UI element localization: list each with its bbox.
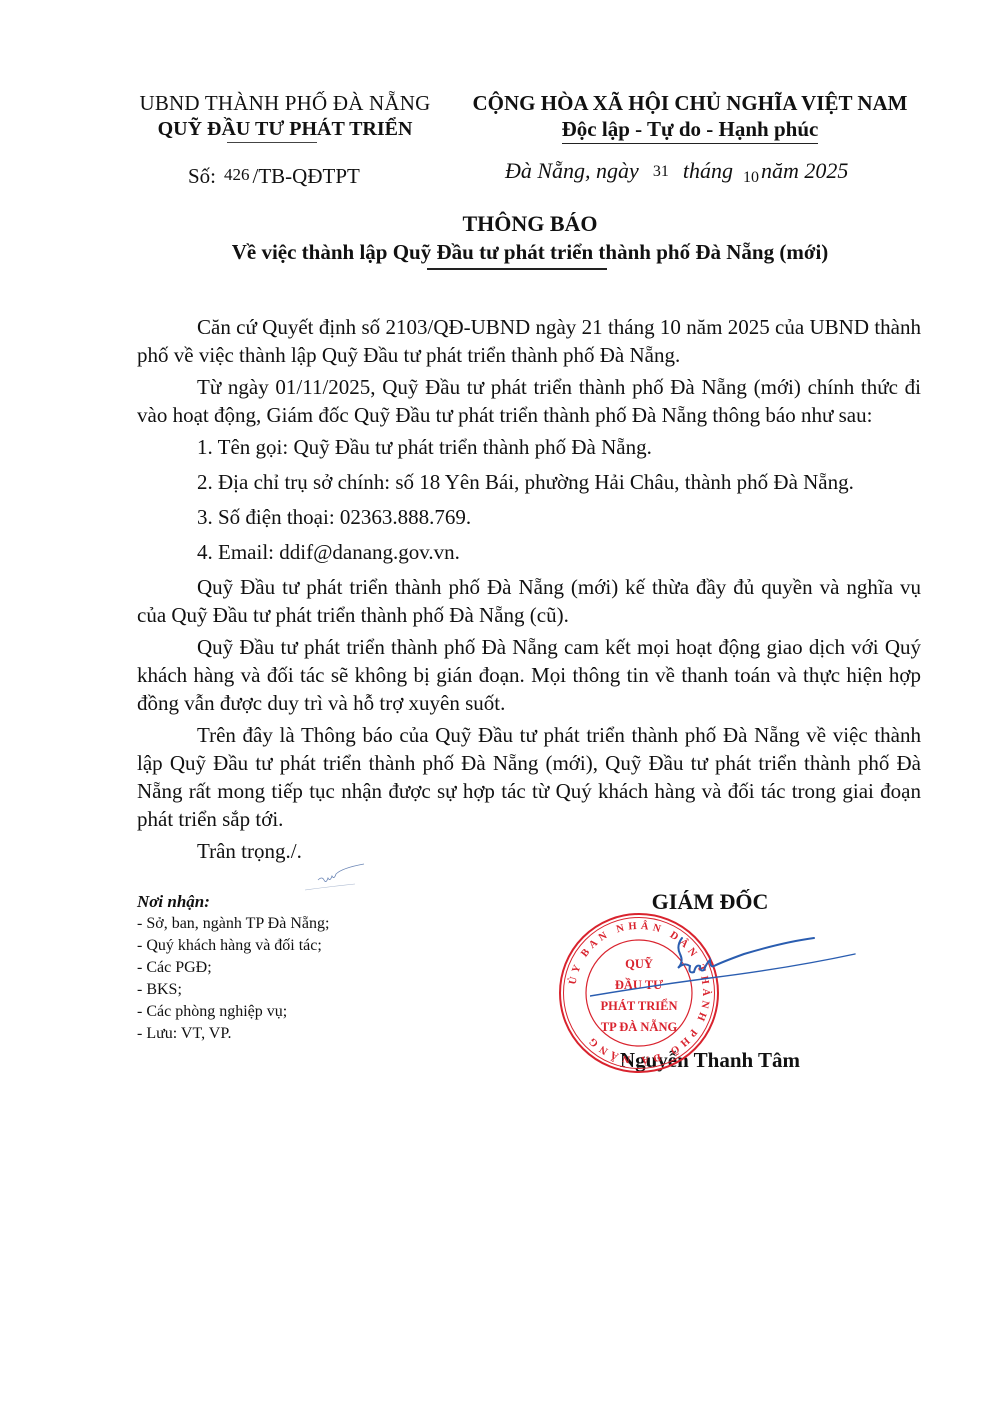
date-line: Đà Nẵng, ngày31tháng10năm 2025: [505, 158, 848, 184]
handwritten-signature-icon: [590, 930, 860, 1030]
date-month: 10: [743, 169, 759, 186]
stamp-line: PHÁT TRIỂN: [601, 998, 678, 1013]
paragraph-succession: Quỹ Đầu tư phát triển thành phố Đà Nẵng …: [137, 573, 921, 629]
document-title: THÔNG BÁO Về việc thành lập Quỹ Đầu tư p…: [100, 210, 960, 266]
list-item-phone: 3. Số điện thoại: 02363.888.769.: [137, 503, 921, 531]
stamp-line: TP ĐÀ NẴNG: [601, 1019, 678, 1034]
recipient-item: - Các phòng nghiệp vụ;: [137, 1001, 329, 1023]
recipient-item: - BKS;: [137, 979, 329, 1001]
recipients-heading: Nơi nhận:: [137, 891, 329, 913]
country-name: CỘNG HÒA XÃ HỘI CHỦ NGHĨA VIỆT NAM: [455, 90, 925, 116]
recipients-block: Nơi nhận: - Sở, ban, ngành TP Đà Nẵng; -…: [137, 891, 329, 1045]
issuing-agency: QUỸ ĐẦU TƯ PHÁT TRIỂN: [120, 116, 450, 142]
doc-number-label: Số:: [188, 164, 216, 188]
issuing-agency-header: UBND THÀNH PHỐ ĐÀ NẴNG QUỸ ĐẦU TƯ PHÁT T…: [120, 90, 450, 142]
national-motto-header: CỘNG HÒA XÃ HỘI CHỦ NGHĨA VIỆT NAM Độc l…: [455, 90, 925, 144]
recipient-item: - Lưu: VT, VP.: [137, 1023, 329, 1045]
signer-name: Nguyễn Thanh Tâm: [560, 1048, 860, 1073]
agency-underline: [227, 142, 317, 143]
doc-number-value: 426: [224, 165, 250, 184]
recipient-item: - Sở, ban, ngành TP Đà Nẵng;: [137, 913, 329, 935]
signer-title: GIÁM ĐỐC: [600, 889, 820, 915]
recipient-item: - Quý khách hàng và đối tác;: [137, 935, 329, 957]
paragraph-announcement: Từ ngày 01/11/2025, Quỹ Đầu tư phát triể…: [137, 373, 921, 429]
title-main: THÔNG BÁO: [100, 210, 960, 238]
paragraph-legal-basis: Căn cứ Quyết định số 2103/QĐ-UBND ngày 2…: [137, 313, 921, 369]
recipient-item: - Các PGĐ;: [137, 957, 329, 979]
stamp-outer-text: ỦY BAN NHÂN DÂN THÀNH PHỐ ĐÀ NẴNG: [566, 920, 712, 1066]
date-day: 31: [653, 163, 669, 180]
stamp-line: ĐẦU TƯ: [615, 977, 663, 992]
document-body: Căn cứ Quyết định số 2103/QĐ-UBND ngày 2…: [137, 313, 921, 869]
document-number: Số:426/TB-QĐTPT: [188, 164, 360, 189]
title-underline: [427, 268, 607, 270]
date-year: năm 2025: [761, 158, 848, 183]
doc-number-suffix: /TB-QĐTPT: [253, 164, 360, 188]
stamp-line: QUỸ: [625, 957, 653, 971]
title-subtitle: Về việc thành lập Quỹ Đầu tư phát triển …: [100, 238, 960, 266]
parent-agency: UBND THÀNH PHỐ ĐÀ NẴNG: [120, 90, 450, 116]
list-item-address: 2. Địa chỉ trụ sở chính: số 18 Yên Bái, …: [137, 468, 921, 496]
date-prefix: Đà Nẵng, ngày: [505, 158, 639, 183]
svg-text:ỦY BAN NHÂN DÂN THÀNH PHỐ ĐÀ N: ỦY BAN NHÂN DÂN THÀNH PHỐ ĐÀ NẴNG: [566, 920, 712, 1066]
list-item-email: 4. Email: ddif@danang.gov.vn.: [137, 538, 921, 566]
national-motto: Độc lập - Tự do - Hạnh phúc: [562, 116, 819, 144]
closing-remark: Trân trọng./.: [137, 837, 921, 865]
paragraph-conclusion: Trên đây là Thông báo của Quỹ Đầu tư phá…: [137, 721, 921, 833]
paragraph-commitment: Quỹ Đầu tư phát triển thành phố Đà Nẵng …: [137, 633, 921, 717]
list-item-name: 1. Tên gọi: Quỹ Đầu tư phát triển thành …: [137, 433, 921, 461]
date-month-label: tháng: [683, 158, 733, 183]
